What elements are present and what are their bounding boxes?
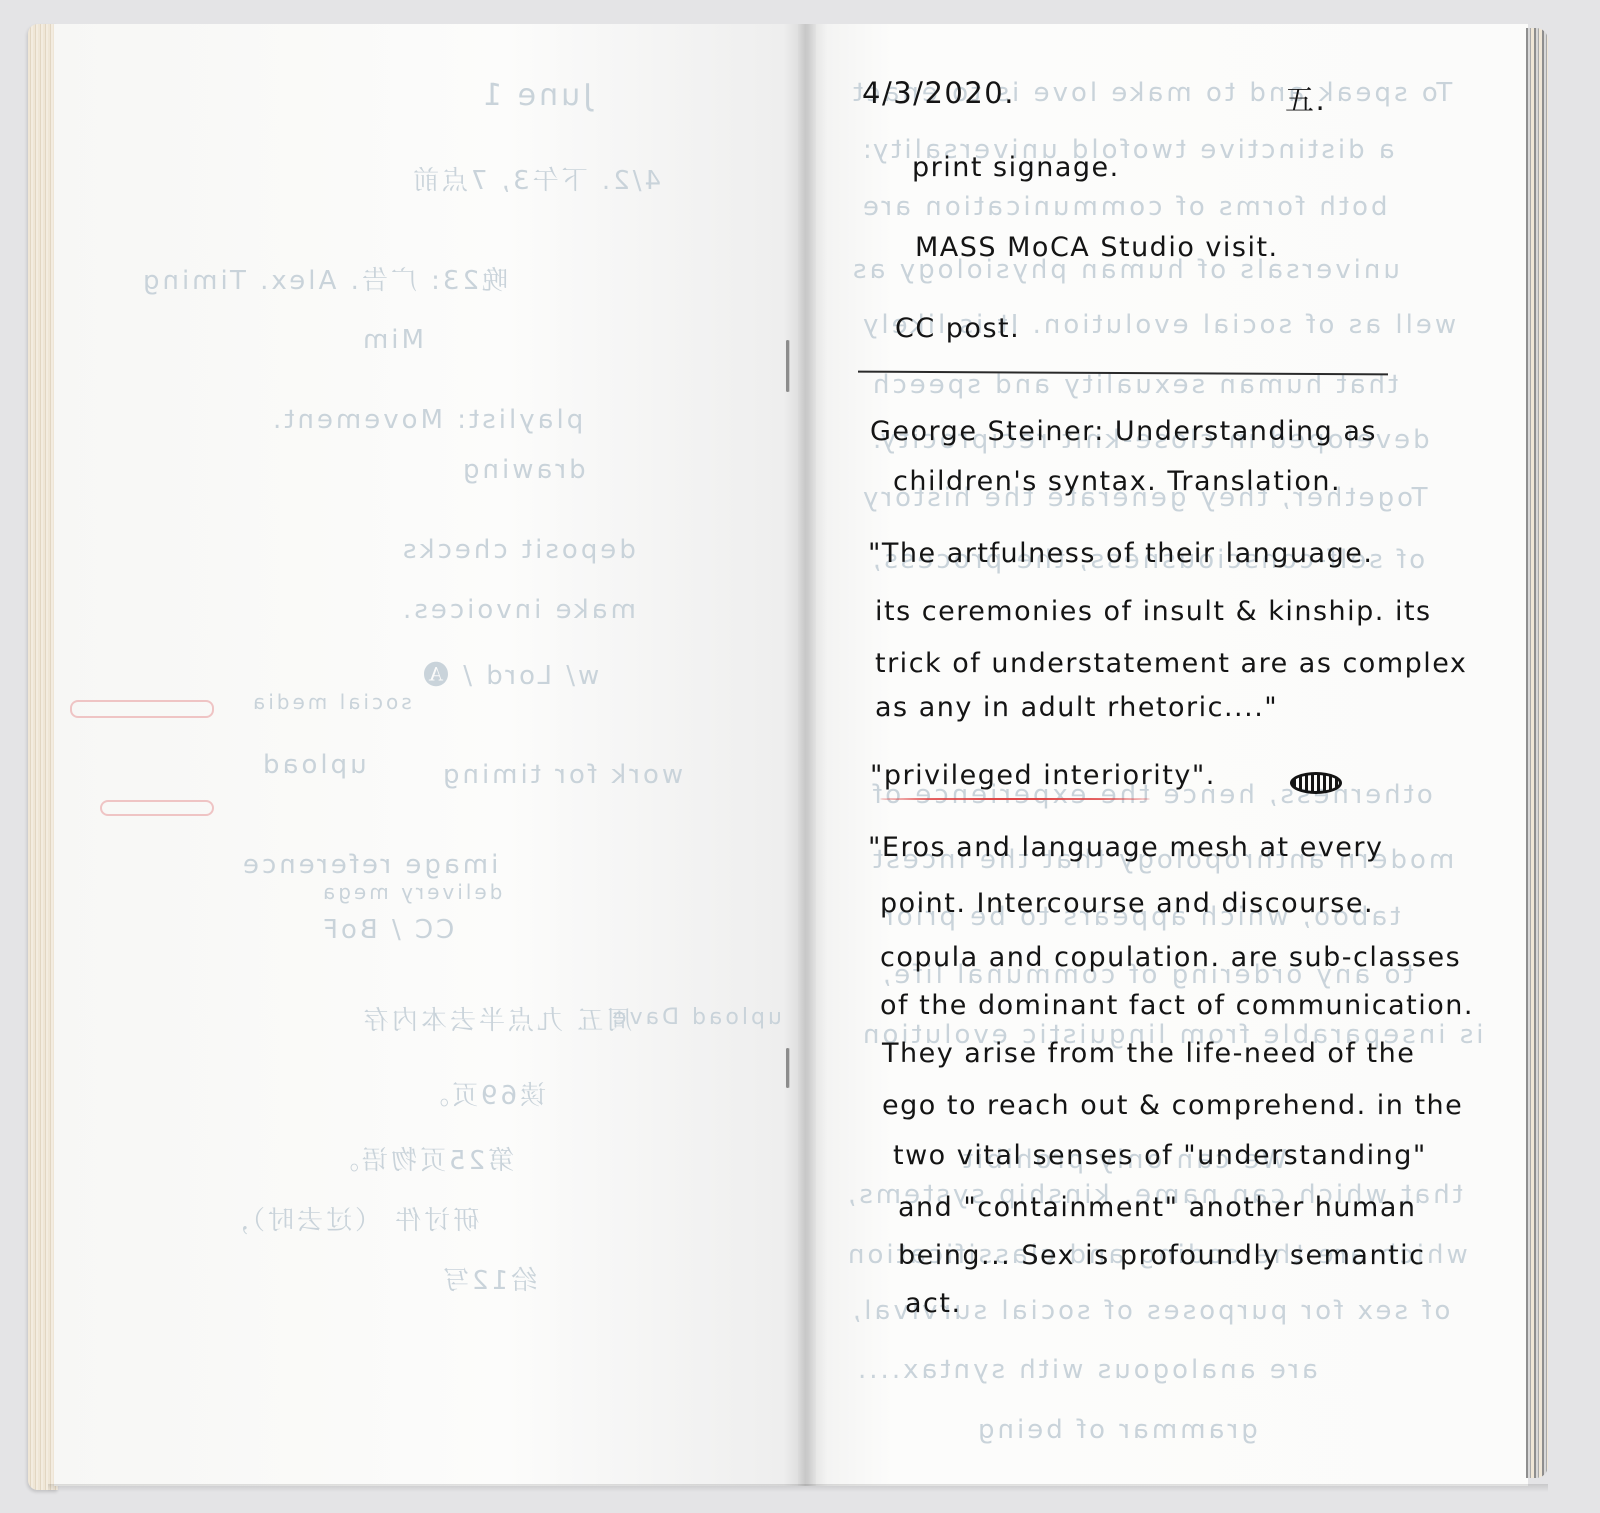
bleed-line: make invoices. — [400, 595, 636, 625]
bleed-line: are analogous with syntax.... — [855, 1355, 1318, 1385]
entry-date: 4/3/2020. — [862, 76, 1015, 110]
weekday-mark: 五. — [1285, 78, 1326, 119]
bleed-line: 4/2. 下午3, 7点前 — [410, 160, 661, 197]
bleed-line: grammar of being — [975, 1415, 1258, 1445]
bleed-line: upload Dave — [610, 1005, 782, 1030]
bleed-line: 周五 九点半去本内存 — [360, 1000, 632, 1037]
staple-top — [786, 340, 789, 392]
bleed-line: playlist: Movement. — [270, 405, 583, 435]
note-line: "Eros and language mesh at every — [868, 832, 1384, 863]
note-line: and "containment" another human — [898, 1192, 1417, 1223]
note-line: They arise from the life-need of the — [882, 1038, 1415, 1069]
staple-bottom — [786, 1048, 789, 1088]
bleed-line: June 1 — [480, 78, 592, 113]
todo-item: CC post. — [895, 313, 1020, 344]
highlighted-quote: "privileged interiority". — [870, 760, 1216, 791]
bleed-line: 第25页物语。 — [330, 1140, 514, 1177]
note-line: being... Sex is profoundly semantic — [898, 1240, 1426, 1271]
bleed-line: 研讨件 （过去时）， — [220, 1200, 479, 1237]
note-line: two vital senses of "understanding" — [893, 1140, 1427, 1171]
spine-gutter — [798, 24, 816, 1486]
note-line: trick of understatement are as complex — [875, 648, 1467, 679]
note-line: of the dominant fact of communication. — [880, 990, 1474, 1021]
note-line: copula and copulation. are sub-classes — [880, 942, 1461, 973]
bleed-line: 晚23: 广告. Alex. Timing — [140, 260, 508, 297]
right-page-block-edge — [1526, 28, 1548, 1478]
bleed-line: 给12写 — [440, 1260, 537, 1297]
note-line: as any in adult rhetoric...." — [875, 692, 1278, 723]
note-line: George Steiner: Understanding as — [870, 416, 1377, 447]
left-page — [54, 24, 806, 1486]
bleed-red-highlight — [100, 800, 214, 816]
bleed-line: deposit checks — [400, 535, 636, 565]
notebook-spread — [28, 18, 1568, 1496]
bleed-line: both forms of communication are — [860, 192, 1387, 222]
bleed-line: Mim — [360, 325, 424, 355]
red-pencil-underline — [880, 798, 1150, 800]
bottom-shadow — [48, 1484, 1548, 1492]
note-line: point. Intercourse and discourse. — [880, 888, 1374, 919]
bleed-line: upload — [260, 750, 367, 780]
bleed-line: 读69页。 — [420, 1075, 546, 1112]
bleed-line: w/ Lord / 🅐 — [420, 655, 599, 692]
bleed-line: image reference — [240, 850, 498, 880]
bleed-red-highlight — [70, 700, 214, 718]
bleed-line: delivery mega — [320, 880, 502, 904]
note-line: ego to reach out & comprehend. in the — [882, 1090, 1463, 1121]
bleed-line: drawing — [460, 455, 586, 485]
bleed-line: work for timing — [440, 760, 683, 790]
bleed-line: social media — [250, 690, 412, 714]
todo-item: MASS MoCA Studio visit. — [915, 232, 1279, 263]
todo-item: print signage. — [912, 152, 1120, 183]
note-line: act. — [905, 1288, 962, 1319]
crossed-out-scribble — [1290, 772, 1342, 794]
note-line: children's syntax. Translation. — [893, 466, 1341, 497]
note-line: "The artfulness of their language. — [868, 538, 1373, 569]
note-line: its ceremonies of insult & kinship. its — [875, 596, 1432, 627]
bleed-line: CC / BoF — [320, 915, 454, 945]
